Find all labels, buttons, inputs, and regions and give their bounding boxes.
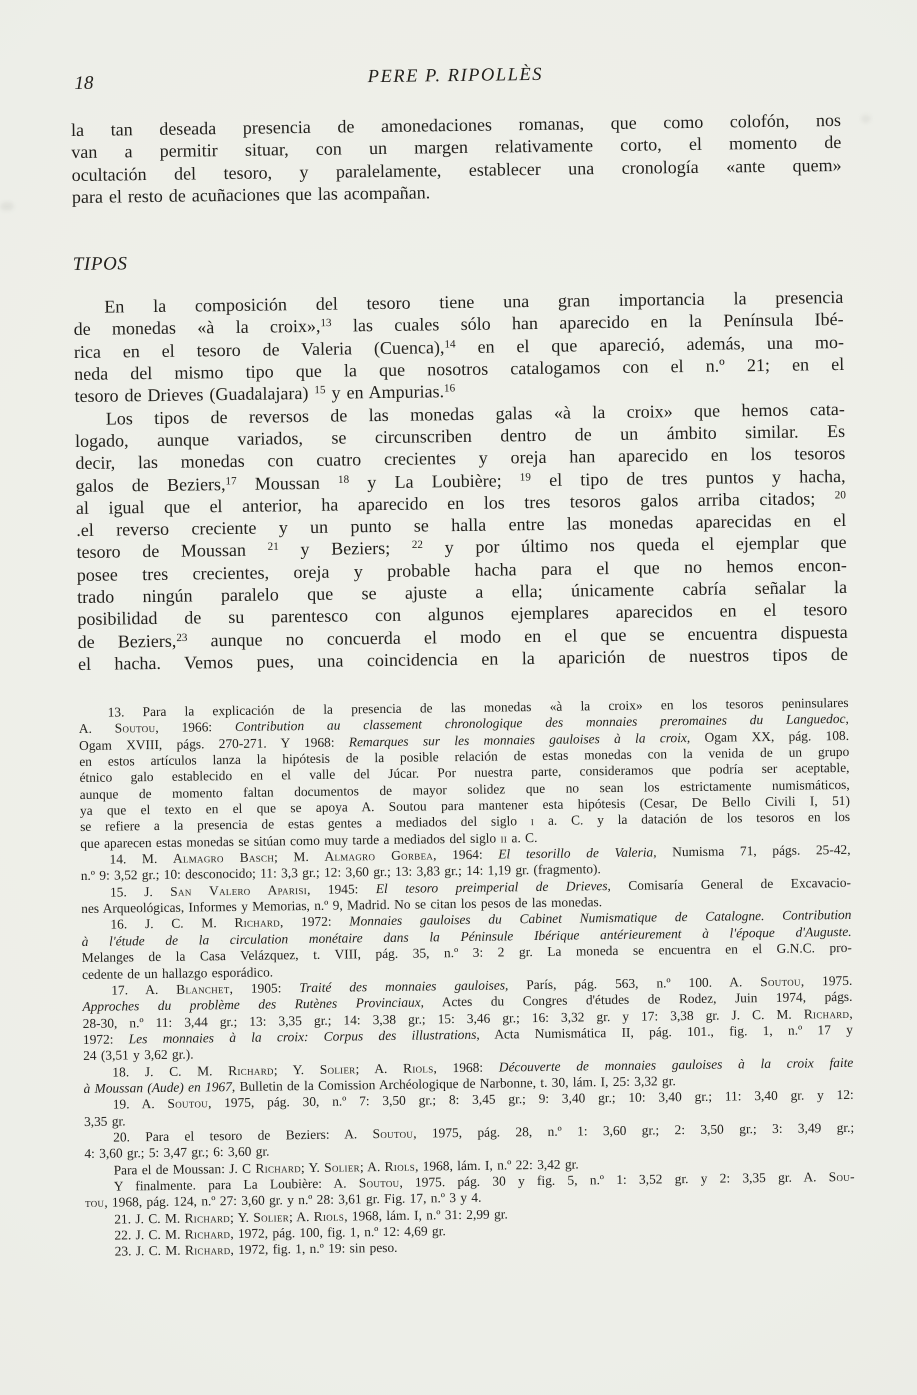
- paragraph-tipos-2: Los tipos de reversos de las monedas gal…: [75, 398, 848, 676]
- section-heading: TIPOS: [73, 244, 843, 276]
- footnote-reference: 22: [412, 539, 423, 551]
- footnote-reference: 13: [320, 318, 331, 330]
- footnote-reference: 21: [268, 541, 279, 553]
- footnote-reference: 16: [444, 383, 455, 395]
- footnote-reference: 17: [225, 475, 236, 487]
- scan-smudge: [0, 202, 14, 211]
- paragraph-tipos-1: En la composición del tesoro tiene una g…: [73, 286, 844, 408]
- footnotes: 13. Para la explicación de la presencia …: [79, 695, 856, 1261]
- footnote-reference: 18: [338, 473, 349, 485]
- running-title: PERE P. RIPOLLÈS: [70, 61, 840, 92]
- footnote-reference: 23: [176, 632, 187, 644]
- footnote-reference: 14: [444, 338, 455, 350]
- scanned-page: 18 PERE P. RIPOLLÈS la tan deseada prese…: [0, 0, 917, 1395]
- paragraph-intro: la tan deseada presencia de amonedacione…: [71, 109, 842, 208]
- footnote-reference: 20: [835, 489, 846, 501]
- body-text: la tan deseada presencia de amonedacione…: [71, 109, 848, 675]
- scan-smudge: [861, 115, 871, 123]
- footnote-reference: 15: [314, 385, 325, 397]
- footnote-reference: 19: [520, 471, 531, 483]
